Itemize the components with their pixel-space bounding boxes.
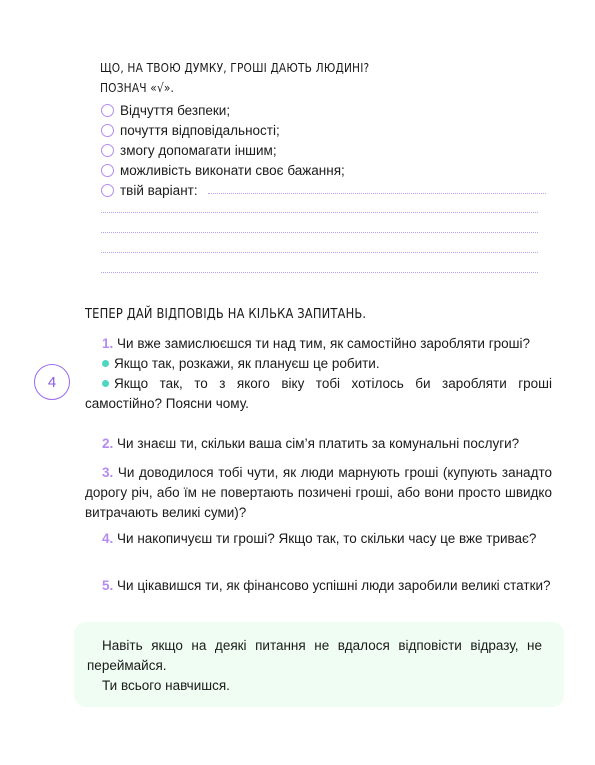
- question-number: 3.: [102, 465, 113, 480]
- bullet-dot-icon: [102, 360, 109, 367]
- option-label: можливість виконати своє бажання;: [120, 163, 345, 178]
- question-text: Чи накопичуєш ти гроші? Якщо так, то скі…: [117, 531, 536, 546]
- option-responsibility[interactable]: почуття відповідальності;: [101, 120, 546, 140]
- radio-circle-icon[interactable]: [101, 104, 114, 117]
- option-label: почуття відповідальності;: [120, 123, 280, 138]
- section-title: Тепер дай відповідь на кілька запитань.: [85, 306, 366, 322]
- bullet-text: Якщо так, то з якого віку тобі хотілось …: [85, 376, 552, 411]
- question-number: 4.: [102, 531, 113, 546]
- answer-line[interactable]: [101, 232, 538, 233]
- question-text: Чи доводилося тобі чути, як люди марнуют…: [85, 465, 552, 520]
- intro-block: Що, на твою думку, гроші дають людині? П…: [100, 58, 417, 98]
- answer-line[interactable]: [208, 193, 546, 194]
- question-5: 5. Чи цікавишся ти, як фінансово успішні…: [85, 576, 552, 596]
- question-4: 4. Чи накопичуєш ти гроші? Якщо так, то …: [85, 529, 552, 549]
- radio-circle-icon[interactable]: [101, 124, 114, 137]
- question-1: 1. Чи вже замислюєшся ти над тим, як сам…: [85, 334, 552, 414]
- radio-circle-icon[interactable]: [101, 164, 114, 177]
- question-number: 5.: [102, 578, 113, 593]
- options-list: Відчуття безпеки; почуття відповідальнос…: [101, 100, 546, 200]
- answer-line[interactable]: [101, 212, 538, 213]
- question-number: 2.: [102, 436, 113, 451]
- radio-circle-icon[interactable]: [101, 144, 114, 157]
- option-security[interactable]: Відчуття безпеки;: [101, 100, 546, 120]
- question-text: Чи вже замислюєшся ти над тим, як самост…: [117, 336, 530, 351]
- page-number: 4: [48, 374, 56, 391]
- bullet-dot-icon: [102, 380, 109, 387]
- bullet-text: Якщо так, розкажи, як плануєш це робити.: [114, 356, 380, 371]
- option-label: Відчуття безпеки;: [120, 103, 230, 118]
- note-line-1: Навіть якщо на деякі питання не вдалося …: [87, 636, 542, 676]
- question-text: Чи знаєш ти, скільки ваша сім’я платить …: [117, 436, 519, 451]
- encouragement-note: Навіть якщо на деякі питання не вдалося …: [74, 622, 564, 707]
- option-own-variant[interactable]: твій варіант:: [101, 180, 546, 200]
- question-text: Чи цікавишся ти, як фінансово успішні лю…: [117, 578, 551, 593]
- radio-circle-icon[interactable]: [101, 184, 114, 197]
- intro-instruction: Познач «√».: [100, 78, 369, 98]
- option-fulfill-wish[interactable]: можливість виконати своє бажання;: [101, 160, 546, 180]
- option-label: змогу допомагати іншим;: [120, 143, 277, 158]
- question-3: 3. Чи доводилося тобі чути, як люди марн…: [85, 463, 552, 523]
- note-line-2: Ти всього навчишся.: [87, 676, 542, 696]
- page-number-badge: 4: [34, 364, 70, 400]
- question-2: 2. Чи знаєш ти, скільки ваша сім’я плати…: [85, 434, 552, 454]
- option-label: твій варіант:: [120, 183, 198, 198]
- answer-line[interactable]: [101, 252, 538, 253]
- question-number: 1.: [102, 336, 113, 351]
- option-help-others[interactable]: змогу допомагати іншим;: [101, 140, 546, 160]
- intro-question: Що, на твою думку, гроші дають людині?: [100, 58, 369, 78]
- answer-line[interactable]: [101, 272, 538, 273]
